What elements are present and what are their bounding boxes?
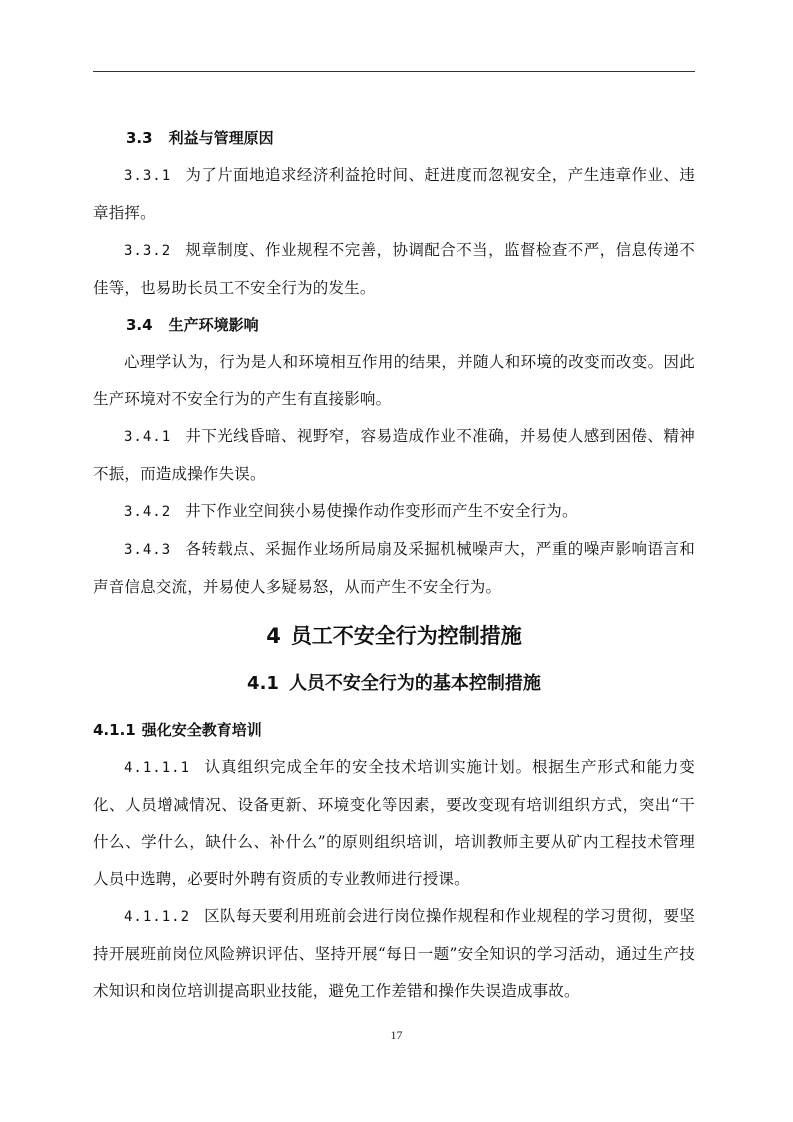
clause-number: 4.1.1.1 [124, 760, 190, 776]
paragraph-3-3-1: 3.3.1为了片面地追求经济利益抢时间、赶进度而忽视安全，产生违章作业、违章指挥… [93, 157, 695, 232]
paragraph-3-4-3: 3.4.3各转载点、采掘作业场所局扇及采掘机械噪声大，严重的噪声影响语言和声音信… [93, 531, 695, 606]
clause-text: 井下作业空间狭小易使操作动作变形而产生不安全行为。 [185, 502, 578, 520]
section-title: 利益与管理原因 [169, 129, 274, 147]
subsection-number: 4.1.1 [93, 721, 136, 739]
chapter-number: 4 [266, 624, 281, 648]
clause-number: 3.4.1 [124, 429, 171, 445]
clause-number: 3.3.2 [124, 243, 171, 259]
subsection-title: 强化安全教育培训 [142, 721, 262, 739]
paragraph-4-1-1-2: 4.1.1.2区队每天要利用班前会进行岗位操作规程和作业规程的学习贯彻，要坚持开… [93, 898, 695, 1010]
clause-number: 3.4.2 [124, 504, 171, 520]
page-content: 3.3利益与管理原因 3.3.1为了片面地追求经济利益抢时间、赶进度而忽视安全，… [93, 120, 695, 1010]
clause-text: 井下光线昏暗、视野窄，容易造成作业不准确，并易使人感到困倦、精神不振，而造成操作… [93, 427, 695, 483]
section-heading-3-4: 3.4生产环境影响 [93, 307, 695, 344]
paragraph-4-1-1-1: 4.1.1.1认真组织完成全年的安全技术培训实施计划。根据生产形式和能力变化、人… [93, 749, 695, 898]
chapter-heading-4: 4员工不安全行为控制措施 [93, 606, 695, 658]
clause-text: 各转载点、采掘作业场所局扇及采掘机械噪声大，严重的噪声影响语言和声音信息交流，并… [93, 540, 695, 596]
section-heading-3-3: 3.3利益与管理原因 [93, 120, 695, 157]
clause-number: 3.3.1 [124, 168, 171, 184]
page-number: 17 [0, 1028, 793, 1043]
section-heading-4-1: 4.1人员不安全行为的基本控制措施 [93, 658, 695, 706]
clause-text: 认真组织完成全年的安全技术培训实施计划。根据生产形式和能力变化、人员增减情况、设… [93, 758, 695, 888]
section-number: 3.3 [126, 129, 153, 147]
clause-text: 为了片面地追求经济利益抢时间、赶进度而忽视安全，产生违章作业、违章指挥。 [93, 166, 695, 222]
section-number: 4.1 [247, 673, 279, 694]
paragraph-3-4-2: 3.4.2井下作业空间狭小易使操作动作变形而产生不安全行为。 [93, 493, 695, 531]
section-title: 人员不安全行为的基本控制措施 [289, 673, 541, 694]
section-title: 生产环境影响 [169, 316, 259, 334]
paragraph-3-3-2: 3.3.2规章制度、作业规程不完善，协调配合不当，监督检查不严，信息传递不佳等，… [93, 232, 695, 307]
header-rule [93, 71, 695, 72]
paragraph-3-4-intro: 心理学认为，行为是人和环境相互作用的结果，并随人和环境的改变而改变。因此生产环境… [93, 344, 695, 418]
section-number: 3.4 [126, 316, 153, 334]
paragraph-3-4-1: 3.4.1井下光线昏暗、视野窄，容易造成作业不准确，并易使人感到困倦、精神不振，… [93, 418, 695, 493]
clause-number: 4.1.1.2 [124, 909, 190, 925]
subsection-heading-4-1-1: 4.1.1强化安全教育培训 [93, 712, 695, 749]
clause-text: 规章制度、作业规程不完善，协调配合不当，监督检查不严，信息传递不佳等，也易助长员… [93, 241, 695, 297]
chapter-title: 员工不安全行为控制措施 [291, 624, 522, 648]
clause-number: 3.4.3 [124, 542, 171, 558]
